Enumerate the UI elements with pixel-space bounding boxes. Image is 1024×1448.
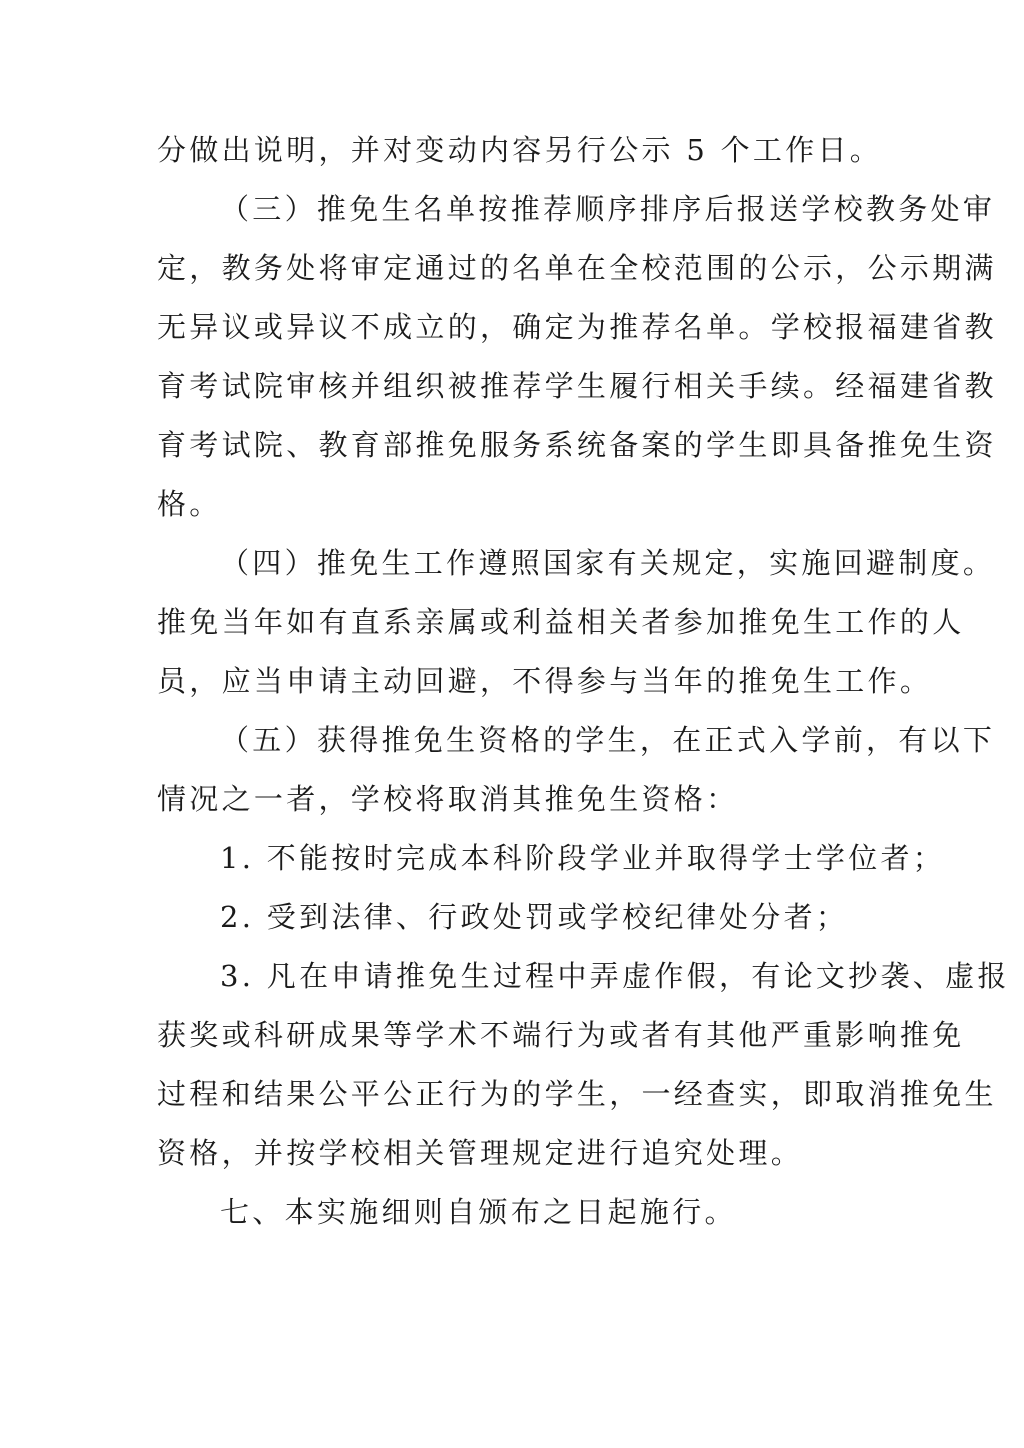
text-line-9: 推免当年如有直系亲属或利益相关者参加推免生工作的人 xyxy=(157,602,965,642)
text-line-6: 育考试院、教育部推免服务系统备案的学生即具备推免生资 xyxy=(157,425,997,465)
list-item-2: 2. 受到法律、行政处罚或学校纪律处分者； xyxy=(220,897,848,937)
section-5-heading-line: （五）获得推免生资格的学生，在正式入学前，有以下 xyxy=(220,720,995,760)
text-line-18: 资格，并按学校相关管理规定进行追究处理。 xyxy=(157,1133,803,1173)
text-line-16: 获奖或科研成果等学术不端行为或者有其他严重影响推免 xyxy=(157,1015,965,1055)
text-line-10: 员，应当申请主动回避，不得参与当年的推免生工作。 xyxy=(157,661,932,701)
text-line-5: 育考试院审核并组织被推荐学生履行相关手续。经福建省教 xyxy=(157,366,997,406)
text-line-7: 格。 xyxy=(157,484,222,524)
document-page: 分做出说明，并对变动内容另行公示 5 个工作日。 （三）推免生名单按推荐顺序排序… xyxy=(0,0,1024,1448)
article-7-line: 七、本实施细则自颁布之日起施行。 xyxy=(220,1192,737,1232)
text-line-17: 过程和结果公平公正行为的学生，一经查实，即取消推免生 xyxy=(157,1074,997,1114)
section-4-heading-line: （四）推免生工作遵照国家有关规定，实施回避制度。 xyxy=(220,543,995,583)
text-line-1: 分做出说明，并对变动内容另行公示 5 个工作日。 xyxy=(157,130,882,170)
text-line-3: 定，教务处将审定通过的名单在全校范围的公示，公示期满 xyxy=(157,248,997,288)
list-item-3: 3. 凡在申请推免生过程中弄虚作假，有论文抄袭、虚报 xyxy=(220,956,1010,996)
text-line-4: 无异议或异议不成立的，确定为推荐名单。学校报福建省教 xyxy=(157,307,997,347)
text-line-12: 情况之一者，学校将取消其推免生资格： xyxy=(157,779,738,819)
list-item-1: 1. 不能按时完成本科阶段学业并取得学士学位者； xyxy=(220,838,945,878)
section-3-heading-line: （三）推免生名单按推荐顺序排序后报送学校教务处审 xyxy=(220,189,995,229)
